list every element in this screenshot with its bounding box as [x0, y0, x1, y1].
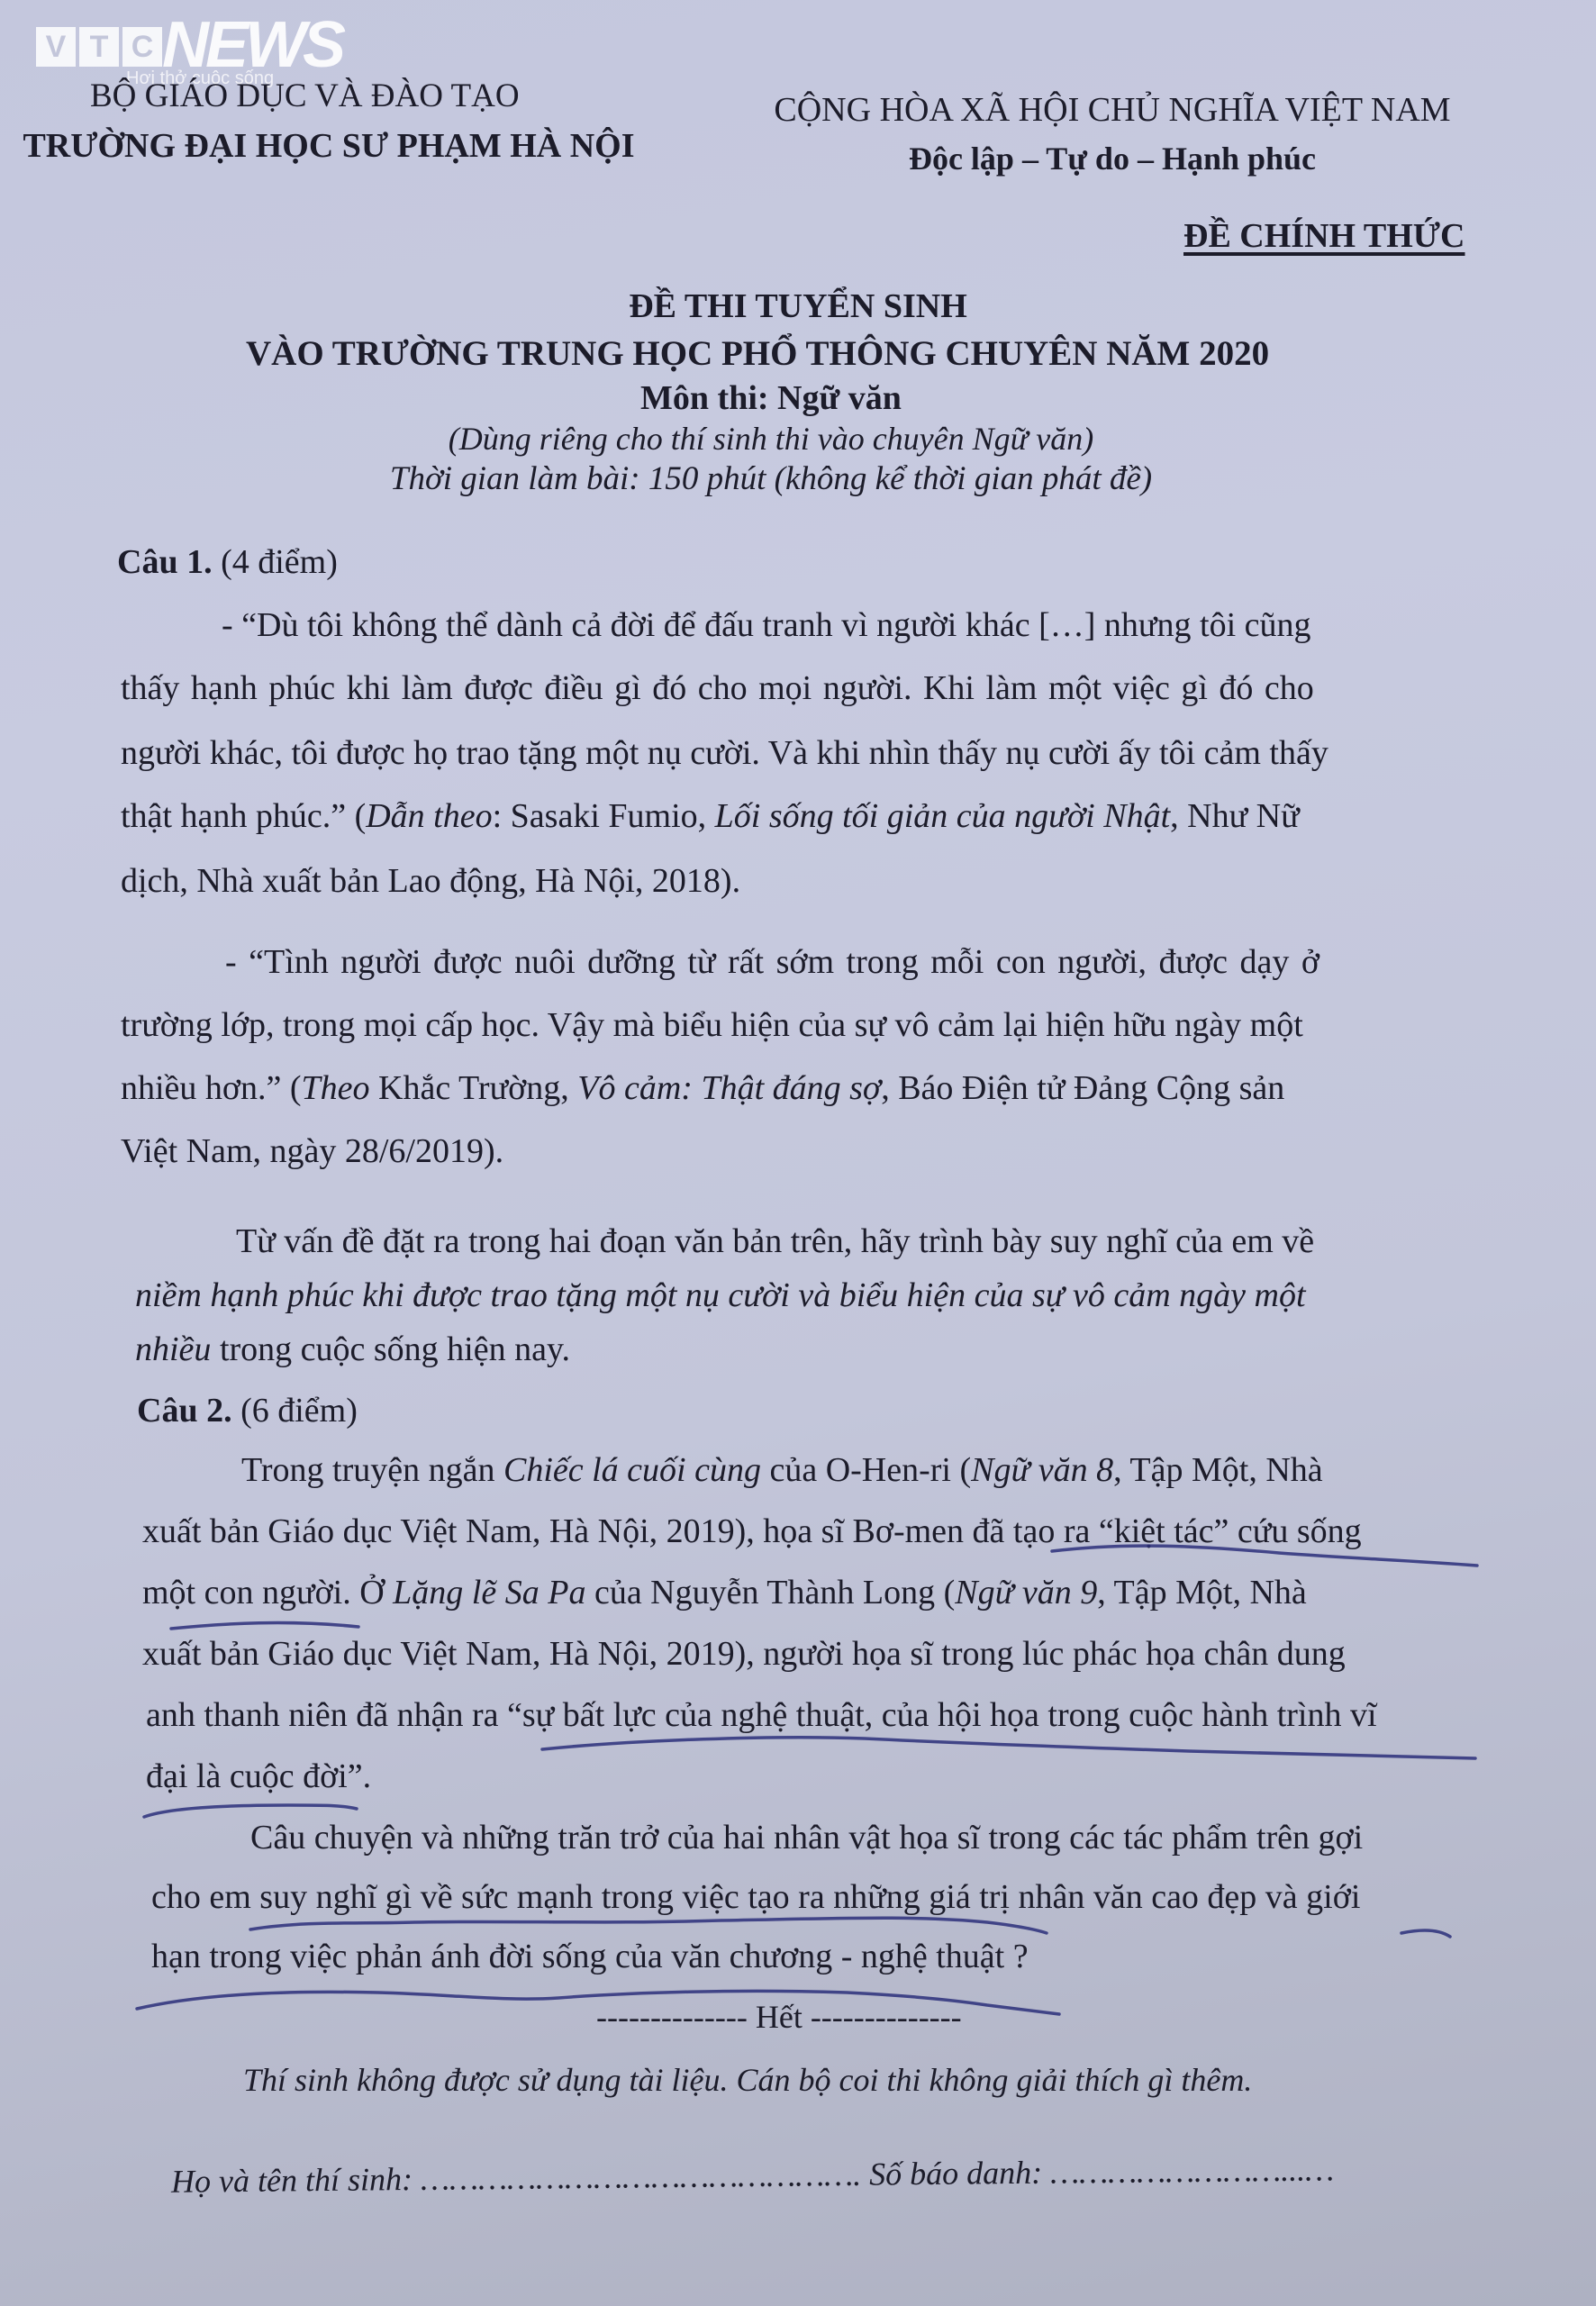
underline-bat-luc — [542, 1738, 1475, 1758]
pen-underlines — [0, 0, 1596, 2306]
underline-han-van-chuong — [137, 1991, 1059, 2014]
underline-dai-la-cuoc-doi — [144, 1805, 357, 1817]
underline-mot-con-nguoi — [171, 1623, 358, 1629]
underline-gioi — [1401, 1930, 1450, 1937]
underline-suc-manh — [250, 1918, 1047, 1933]
underline-kiet-tac — [1052, 1546, 1477, 1566]
